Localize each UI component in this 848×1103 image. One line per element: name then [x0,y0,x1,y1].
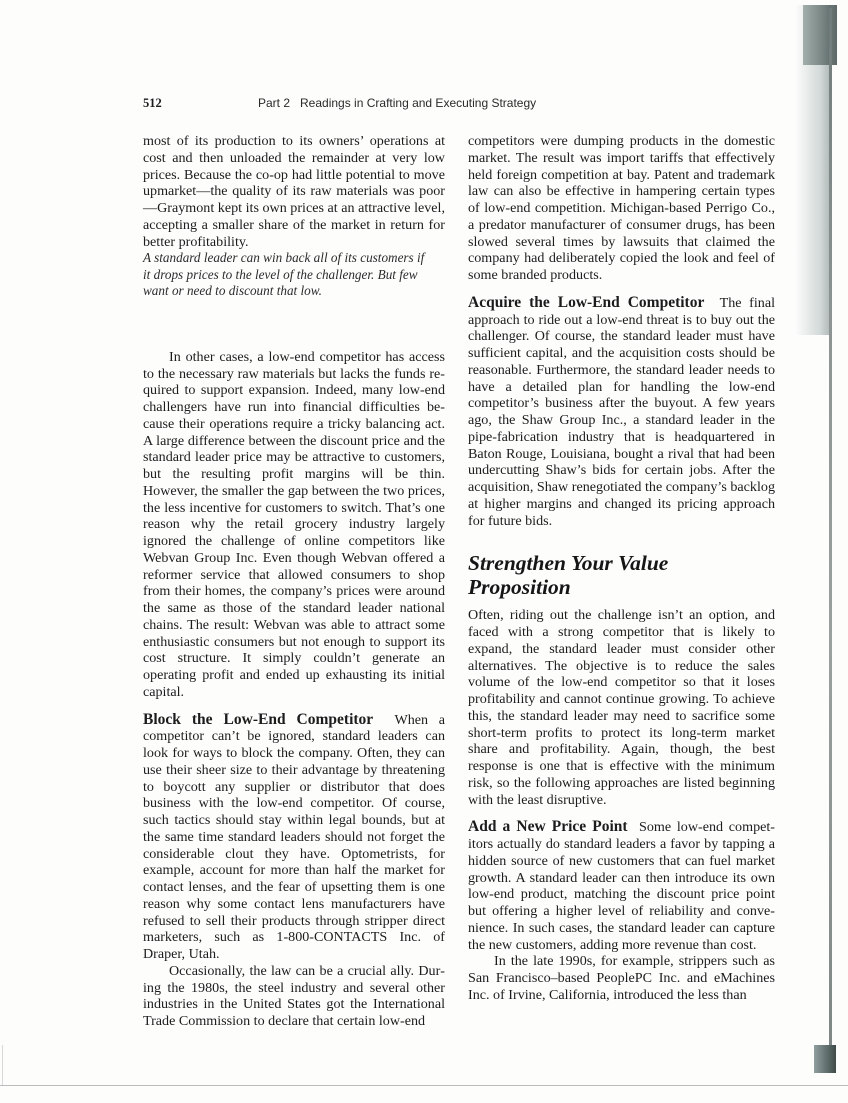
running-title: Part 2 Readings in Crafting and Executin… [258,96,536,110]
scan-margin-line [2,1045,3,1085]
paragraph-with-heading: Add a New Price Point Some low-end compe… [468,819,775,953]
left-column: most of its production to its owners’ op… [143,133,445,1030]
pull-quote: A standard leader can win back all of it… [143,250,433,300]
scan-page-edge [829,8,832,1071]
paragraph: In other cases, a low-end competitor has… [143,349,445,701]
paragraph: Occasionally, the law can be a crucial a… [143,963,445,1030]
subsection-heading-acquire: Acquire the Low-End Competitor [468,294,704,311]
paragraph-with-heading: Acquire the Low-End Competitor The final… [468,295,775,530]
running-header: 512 Part 2 Readings in Crafting and Exec… [143,96,543,114]
paragraph-text: Some low-end compet­itors actually do st… [468,819,775,952]
right-column: competitors were dumping products in the… [468,133,775,1004]
paragraph-with-heading: Block the Low-End Competitor When a comp… [143,712,445,963]
scan-bottom-edge [0,1085,848,1086]
paragraph: Often, riding out the challenge isn’t an… [468,607,775,808]
paragraph: In the late 1990s, for example, stripper… [468,953,775,1003]
scan-edge-bottom [814,1045,836,1073]
paragraph-text: The final approach to ride out a low-end… [468,295,775,529]
subsection-heading-block: Block the Low-End Competitor [143,711,373,728]
paragraph: competitors were dumping products in the… [468,133,775,284]
paragraph: most of its production to its owners’ op… [143,133,445,250]
page-number: 512 [143,96,162,111]
section-heading: Strengthen Your Value Proposition [468,551,775,599]
paragraph-text: When a competitor can’t be ignored, stan… [143,712,445,963]
subsection-heading-price-point: Add a New Price Point [468,818,628,835]
